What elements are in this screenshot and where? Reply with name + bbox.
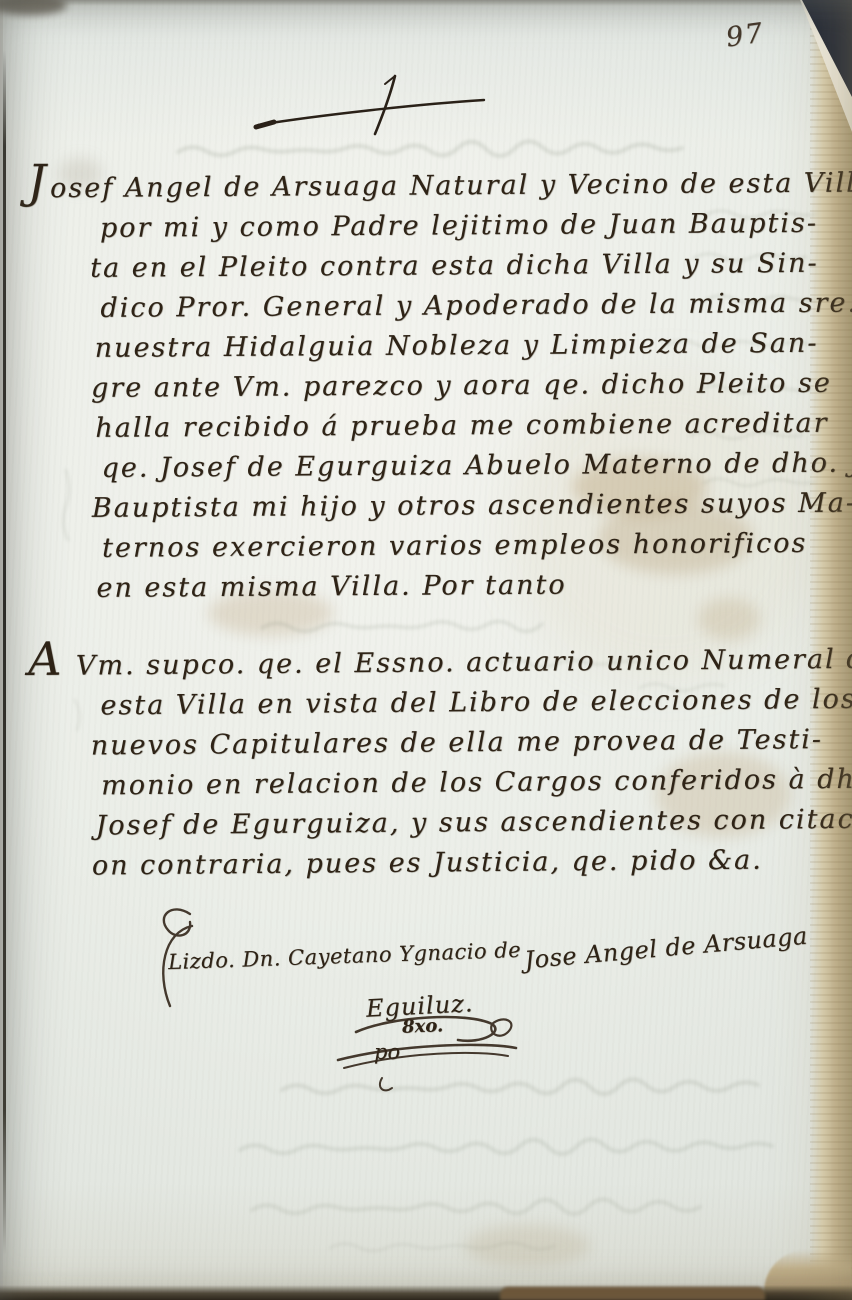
invocation-cross-mark xyxy=(256,76,484,134)
ink-marks-layer xyxy=(0,0,852,1300)
manuscript-scan: 97 Josef Angel de Arsuaga Natural y Veci… xyxy=(0,0,852,1300)
signature-flourish xyxy=(163,909,516,1090)
